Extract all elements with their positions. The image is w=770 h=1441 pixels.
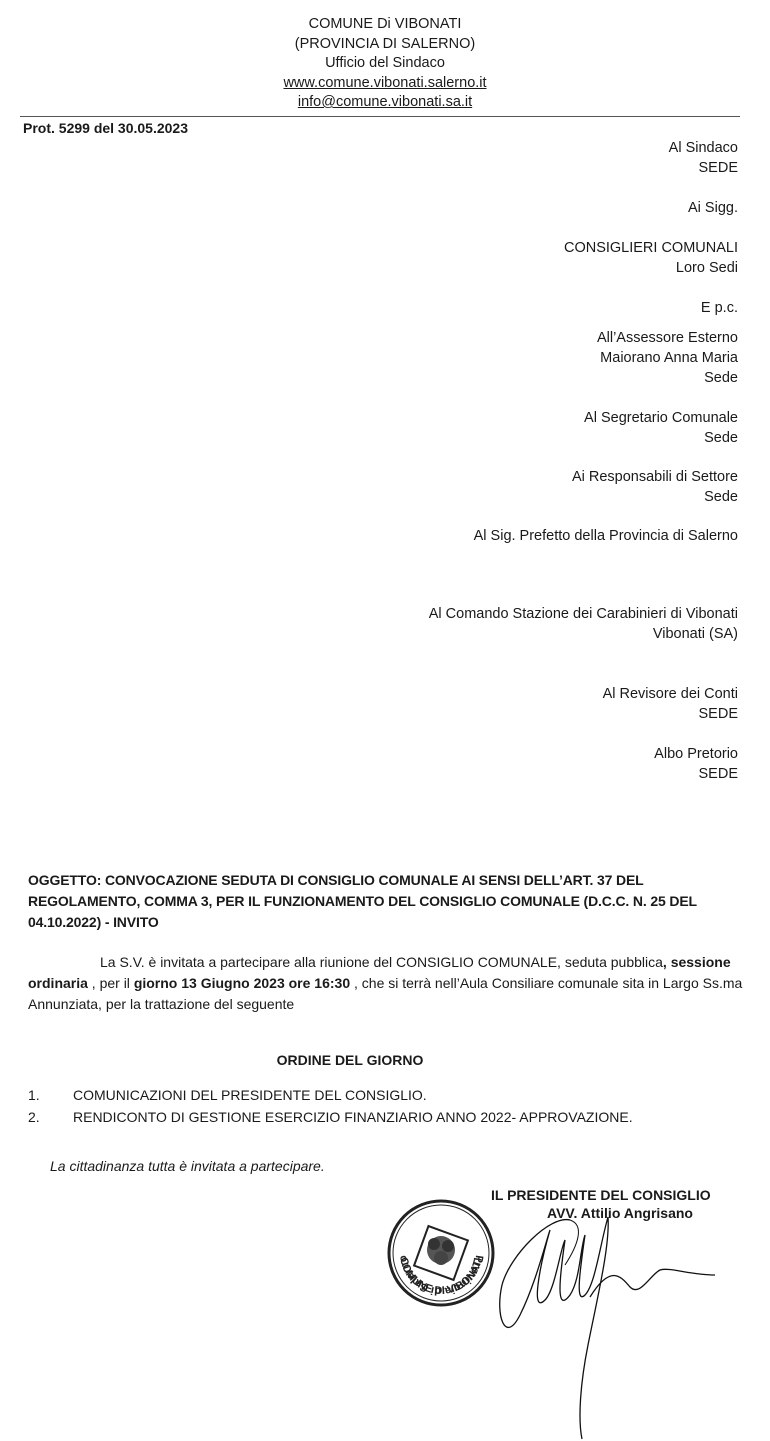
recipient-line: Sede xyxy=(338,428,738,448)
recipient-line: Albo Pretorio xyxy=(338,744,738,764)
recipient-block: Al Sig. Prefetto della Provincia di Sale… xyxy=(338,526,738,546)
recipient-line: Al Segretario Comunale xyxy=(338,408,738,428)
recipient-block: Albo PretorioSEDE xyxy=(338,744,738,784)
body-text: , xyxy=(663,954,671,970)
recipient-block: Al SindacoSEDE xyxy=(338,138,738,178)
municipal-stamp-icon: Provincia di Salerno COMUNE DI VIBONATI xyxy=(386,1198,496,1308)
recipient-line: CONSIGLIERI COMUNALI xyxy=(338,238,738,258)
recipient-block: All’Assessore EsternoMaiorano Anna Maria… xyxy=(338,328,738,388)
agenda-item-number: 2. xyxy=(28,1106,73,1128)
recipient-line: Ai Responsabili di Settore xyxy=(338,467,738,487)
closing-note: La cittadinanza tutta è invitata a parte… xyxy=(50,1158,325,1174)
recipient-block: Al Comando Stazione dei Carabinieri di V… xyxy=(338,604,738,644)
recipient-line: All’Assessore Esterno xyxy=(338,328,738,348)
agenda-title: ORDINE DEL GIORNO xyxy=(0,1052,700,1068)
subject: OGGETTO: CONVOCAZIONE SEDUTA DI CONSIGLI… xyxy=(28,870,748,933)
recipient-block: Al Revisore dei ContiSEDE xyxy=(338,684,738,724)
meeting-datetime: giorno 13 Giugno 2023 ore 16:30 xyxy=(134,975,350,991)
agenda-item: 2.RENDICONTO DI GESTIONE ESERCIZIO FINAN… xyxy=(28,1106,633,1128)
recipient-line: Vibonati (SA) xyxy=(338,624,738,644)
body-paragraph: La S.V. è invitata a partecipare alla ri… xyxy=(28,952,743,1015)
recipient-block: E p.c. xyxy=(338,298,738,318)
recipient-line: Ai Sigg. xyxy=(338,198,738,218)
recipient-line: SEDE xyxy=(338,158,738,178)
header-divider xyxy=(20,116,740,117)
office-name: Ufficio del Sindaco xyxy=(0,54,770,74)
letterhead: COMUNE Di VIBONATI (PROVINCIA DI SALERNO… xyxy=(0,15,770,113)
agenda-item-number: 1. xyxy=(28,1084,73,1106)
recipient-line: Al Comando Stazione dei Carabinieri di V… xyxy=(338,604,738,624)
recipient-line: Maiorano Anna Maria xyxy=(338,348,738,368)
province-name: (PROVINCIA DI SALERNO) xyxy=(0,35,770,55)
body-text: La S.V. è invitata a partecipare alla ri… xyxy=(100,954,663,970)
agenda-list: 1.COMUNICAZIONI DEL PRESIDENTE DEL CONSI… xyxy=(28,1084,633,1128)
recipient-line: Loro Sedi xyxy=(338,258,738,278)
recipient-block: Al Segretario ComunaleSede xyxy=(338,408,738,448)
body-text: , per il xyxy=(88,975,134,991)
signatory-role: IL PRESIDENTE DEL CONSIGLIO xyxy=(491,1187,711,1203)
agenda-item-text: RENDICONTO DI GESTIONE ESERCIZIO FINANZI… xyxy=(73,1109,633,1125)
recipient-block: Ai Sigg. xyxy=(338,198,738,218)
recipient-block: Ai Responsabili di SettoreSede xyxy=(338,467,738,507)
recipient-line: E p.c. xyxy=(338,298,738,318)
recipient-line: SEDE xyxy=(338,704,738,724)
recipient-line: Al Sindaco xyxy=(338,138,738,158)
website-link[interactable]: www.comune.vibonati.salerno.it xyxy=(283,75,486,91)
recipient-line: Al Revisore dei Conti xyxy=(338,684,738,704)
recipient-line: SEDE xyxy=(338,764,738,784)
protocol-number: Prot. 5299 del 30.05.2023 xyxy=(23,120,188,136)
recipient-line: Sede xyxy=(338,487,738,507)
recipient-line: Sede xyxy=(338,368,738,388)
recipient-line: Al Sig. Prefetto della Provincia di Sale… xyxy=(338,526,738,546)
recipient-block: CONSIGLIERI COMUNALILoro Sedi xyxy=(338,238,738,278)
email-link[interactable]: info@comune.vibonati.sa.it xyxy=(298,94,472,110)
municipality-name: COMUNE Di VIBONATI xyxy=(0,15,770,35)
agenda-item-text: COMUNICAZIONI DEL PRESIDENTE DEL CONSIGL… xyxy=(73,1087,427,1103)
agenda-item: 1.COMUNICAZIONI DEL PRESIDENTE DEL CONSI… xyxy=(28,1084,633,1106)
handwritten-signature-icon xyxy=(490,1205,730,1441)
